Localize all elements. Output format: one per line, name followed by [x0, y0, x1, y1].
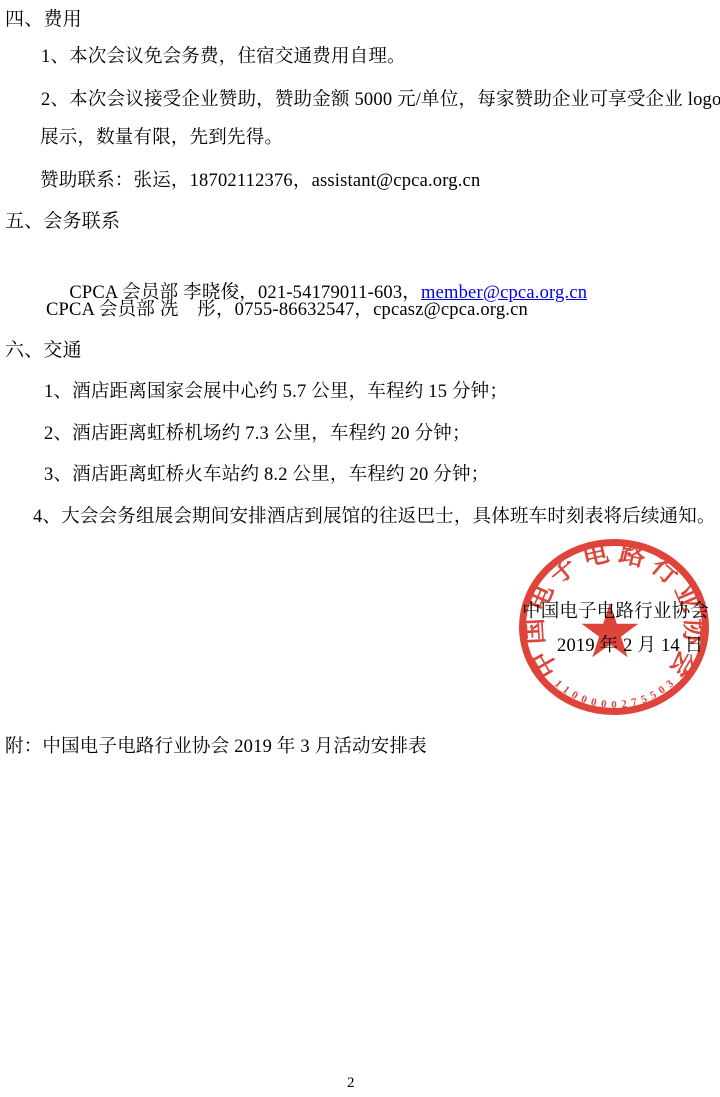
svg-text:0: 0: [569, 689, 580, 702]
attachment-note: 附：中国电子电路行业协会 2019 年 3 月活动安排表: [5, 735, 427, 760]
section-fees-heading: 四、费用: [5, 7, 82, 33]
section-contacts-heading: 五、会务联系: [5, 209, 120, 235]
svg-text:5: 5: [648, 689, 659, 702]
page-number: 2: [347, 1075, 355, 1092]
fees-item-2-line-1: 2、本次会议接受企业赞助，赞助金额 5000 元/单位，每家赞助企业可享受企业 …: [41, 88, 720, 113]
svg-text:行: 行: [646, 551, 685, 590]
svg-text:路: 路: [616, 538, 648, 572]
fees-item-2-line-2: 展示，数量有限，先到先得。: [40, 126, 283, 151]
stamp-arc-text: 中国电子电路行业协会: [519, 538, 709, 683]
section-transport-heading: 六、交通: [5, 338, 82, 364]
fees-sponsor-contact: 赞助联系：张运，18702112376，assistant@cpca.org.c…: [40, 169, 480, 194]
svg-text:中: 中: [526, 645, 564, 682]
transport-item-2: 2、酒店距离虹桥机场约 7.3 公里，车程约 20 分钟；: [44, 422, 471, 447]
stamp-star-icon: [582, 603, 639, 657]
svg-text:2: 2: [621, 698, 628, 711]
svg-text:协: 协: [679, 617, 710, 646]
official-seal-stamp: 中国电子电路行业协会 1100000275503: [518, 538, 714, 720]
fees-item-1: 1、本次会议免会务费，住宿交通费用自理。: [41, 45, 406, 70]
stamp-serial-number: 1100000275503: [552, 677, 676, 711]
contact-line-2: CPCA 会员部 冼 彤，0755-86632547，cpcasz@cpca.o…: [46, 298, 528, 323]
transport-item-1: 1、酒店距离国家会展中心约 5.7 公里，车程约 15 分钟；: [44, 380, 508, 405]
document-page: 四、费用 1、本次会议免会务费，住宿交通费用自理。 2、本次会议接受企业赞助，赞…: [0, 0, 720, 1097]
svg-text:子: 子: [543, 551, 582, 590]
svg-text:会: 会: [664, 645, 702, 682]
transport-item-3: 3、酒店距离虹桥火车站约 8.2 公里，车程约 20 分钟；: [44, 463, 489, 488]
transport-item-4: 4、大会会务组展会期间安排酒店到展馆的往返巴士，具体班车时刻表将后续通知。: [33, 505, 716, 530]
svg-text:国: 国: [519, 617, 549, 645]
svg-text:0: 0: [611, 699, 617, 711]
